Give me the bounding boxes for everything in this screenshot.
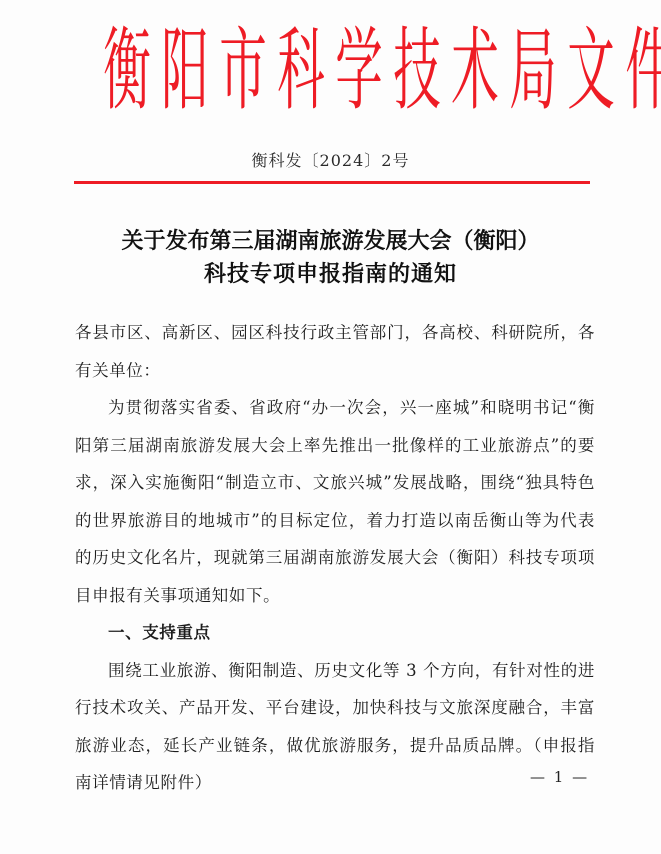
masthead-char: 阳 <box>161 25 209 115</box>
masthead-char: 科 <box>277 25 325 115</box>
masthead-char: 局 <box>509 25 557 115</box>
masthead-char: 市 <box>219 25 267 115</box>
masthead-char: 技 <box>393 25 441 115</box>
masthead: 衡 阳 市 科 学 技 术 局 文 件 <box>98 22 558 118</box>
section-heading: 一、支持重点 <box>75 614 595 652</box>
masthead-char: 衡 <box>103 25 151 115</box>
intro-paragraph: 为贯彻落实省委、省政府“办一次会，兴一座城”和晓明书记“衡阳第三届湖南旅游发展大… <box>75 389 595 614</box>
page-number: — 1 — <box>530 768 589 786</box>
red-divider <box>74 181 590 184</box>
addressee: 各县市区、高新区、园区科技行政主管部门，各高校、科研院所，各有关单位： <box>75 314 595 389</box>
masthead-char: 文 <box>567 25 615 115</box>
document-body: 各县市区、高新区、园区科技行政主管部门，各高校、科研院所，各有关单位： 为贯彻落… <box>75 314 595 802</box>
masthead-char: 术 <box>451 25 499 115</box>
document-number: 衡科发〔2024〕2号 <box>0 148 661 171</box>
section-paragraph: 围绕工业旅游、衡阳制造、历史文化等 3 个方向，有针对性的进行技术攻关、产品开发… <box>75 652 595 802</box>
document-title-line-2: 科技专项申报指南的通知 <box>0 257 661 288</box>
masthead-char: 件 <box>625 25 661 115</box>
document-title-line-1: 关于发布第三届湖南旅游发展大会（衡阳） <box>0 224 661 255</box>
masthead-char: 学 <box>335 25 383 115</box>
